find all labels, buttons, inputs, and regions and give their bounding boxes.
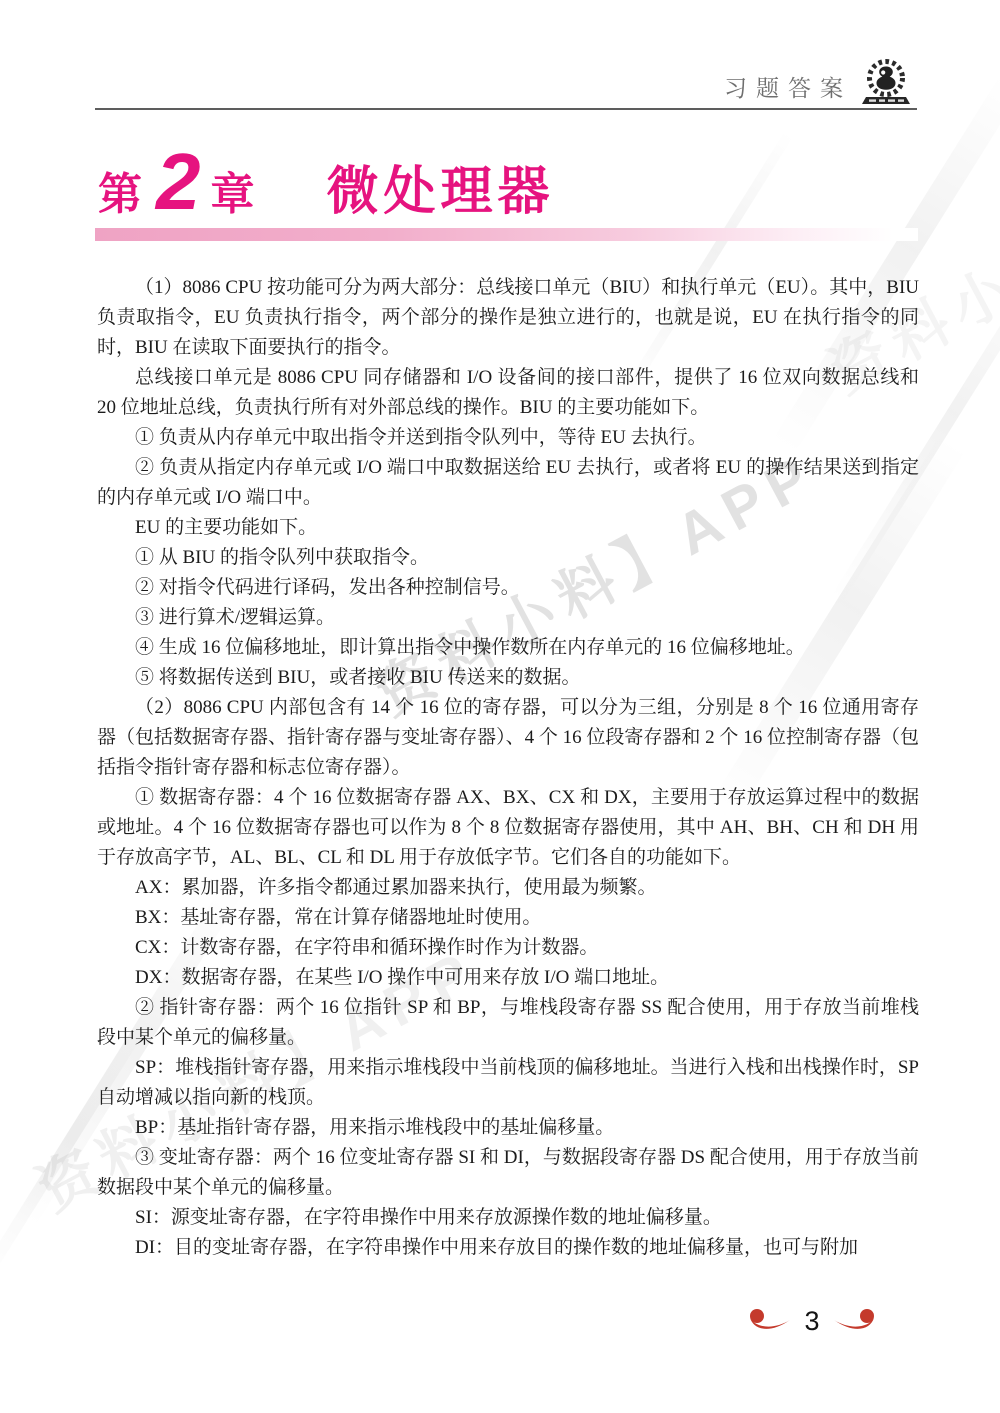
body-paragraph: ③ 进行算术/逻辑运算。 [97,603,919,633]
body-paragraph: 总线接口单元是 8086 CPU 同存储器和 I/O 设备间的接口部件，提供了 … [97,363,919,423]
body-paragraph: （1）8086 CPU 按功能可分为两大部分：总线接口单元（BIU）和执行单元（… [97,273,919,363]
body-paragraph: AX：累加器，许多指令都通过累加器来执行，使用最为频繁。 [97,873,919,903]
body-paragraph: ⑤ 将数据传送到 BIU，或者接收 BIU 传送来的数据。 [97,663,919,693]
body-paragraph: EU 的主要功能如下。 [97,513,919,543]
scanned-book-page: 资料小料】APP 资料小料】APP 资料小料】APP 习题答案 第 2 章 微处… [0,0,1000,1413]
answer-text-block: （1）8086 CPU 按功能可分为两大部分：总线接口单元（BIU）和执行单元（… [97,273,919,1263]
body-paragraph: ② 负责从指定内存单元或 I/O 端口中取数据送给 EU 去执行，或者将 EU … [97,453,919,513]
body-paragraph: DX：数据寄存器，在某些 I/O 操作中可用来存放 I/O 端口地址。 [97,963,919,993]
chapter-title-gradient-bar [95,228,918,241]
chapter-heading: 第 2 章 微处理器 [98,142,555,224]
body-paragraph: BP：基址指针寄存器，用来指示堆栈段中的基址偏移量。 [97,1113,919,1143]
publisher-seal-icon [857,55,915,111]
body-paragraph: SI：源变址寄存器，在字符串操作中用来存放源操作数的地址偏移量。 [97,1203,919,1233]
footer-swirl-left-icon [748,1308,792,1334]
body-paragraph: CX：计数寄存器，在字符串和循环操作时作为计数器。 [97,933,919,963]
chapter-title: 微处理器 [327,149,555,224]
body-paragraph: ① 数据寄存器：4 个 16 位数据寄存器 AX、BX、CX 和 DX，主要用于… [97,783,919,873]
page-number: 3 [804,1306,819,1337]
footer-swirl-right-icon [832,1308,876,1334]
chapter-suffix: 章 [211,158,255,222]
body-paragraph: ① 从 BIU 的指令队列中获取指令。 [97,543,919,573]
chapter-number: 2 [156,142,201,222]
body-paragraph: BX：基址寄存器，常在计算存储器地址时使用。 [97,903,919,933]
body-paragraph: ③ 变址寄存器：两个 16 位变址寄存器 SI 和 DI，与数据段寄存器 DS … [97,1143,919,1203]
body-paragraph: SP：堆栈指针寄存器，用来指示堆栈段中当前栈顶的偏移地址。当进行入栈和出栈操作时… [97,1053,919,1113]
body-paragraph: DI：目的变址寄存器，在字符串操作中用来存放目的操作数的地址偏移量，也可与附加 [97,1233,919,1263]
page-footer: 3 [744,1300,880,1342]
body-paragraph: ② 对指令代码进行译码，发出各种控制信号。 [97,573,919,603]
chapter-prefix: 第 [98,158,142,222]
header-divider [95,108,917,110]
body-paragraph: ④ 生成 16 位偏移地址，即计算出指令中操作数所在内存单元的 16 位偏移地址… [97,633,919,663]
body-paragraph: ② 指针寄存器：两个 16 位指针 SP 和 BP，与堆栈段寄存器 SS 配合使… [97,993,919,1053]
body-paragraph: ① 负责从内存单元中取出指令并送到指令队列中，等待 EU 去执行。 [97,423,919,453]
running-head-answers-label: 习题答案 [724,70,852,103]
body-paragraph: （2）8086 CPU 内部包含有 14 个 16 位的寄存器，可以分为三组，分… [97,693,919,783]
